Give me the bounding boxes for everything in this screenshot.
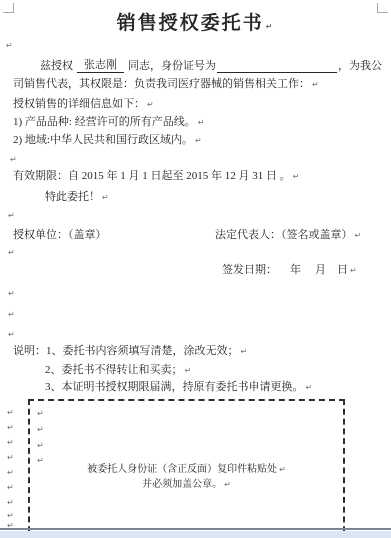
paragraph-mark-icon: ↵ <box>241 347 248 356</box>
closing-line: 特此委托！↵ <box>45 190 109 205</box>
detail-item-2: 2) 地域:中华人民共和国行政区域内。↵ <box>13 133 202 148</box>
paste-box-line-2-text: 并必须加盖公章。 <box>142 479 222 490</box>
paragraph-mark-icon: ↵ <box>306 383 313 392</box>
paragraph-mark-icon: ↵ <box>37 410 44 418</box>
document-page: 销售授权委托书↵ ↵ 兹授权 张志刚 同志，身份证号为 ，为我公 司销售代表，其… <box>0 0 391 538</box>
detail-heading: 授权销售的详细信息如下：↵ <box>13 97 154 112</box>
paragraph-mark-icon: ↵ <box>350 266 357 275</box>
paragraph-mark-icon: ↵ <box>6 42 13 50</box>
notes-heading: 说明： <box>13 345 46 357</box>
notes-line-3: 3、本证明书授权期限届满，持原有委托书申请更换。↵ <box>45 380 312 395</box>
detail-item-1-text: 1) 产品品种: 经营许可的所有产品线。 <box>13 116 196 128</box>
paragraph-mark-icon: ↵ <box>37 426 44 434</box>
paste-box-instruction-line-1: 被委托人身份证（含正反面）复印件粘贴处↵ <box>30 462 343 477</box>
issuer-label-text: 授权单位：（盖章） <box>13 229 107 241</box>
representative-label: 法定代表人：（签名或盖章）↵ <box>215 228 361 243</box>
paragraph-mark-icon: ↵ <box>37 442 44 450</box>
window-bottom-edge-band <box>0 531 391 538</box>
authorization-line-2: 司销售代表，其权限是：负责我司医疗器械的销售相关工作：↵ <box>13 77 319 92</box>
note-item-3: 3、本证明书授权期限届满，持原有委托书申请更换。 <box>45 381 304 393</box>
paste-box-line-1-text: 被委托人身份证（含正反面）复印件粘贴处 <box>87 464 277 475</box>
paragraph-mark-icon: ↵ <box>195 136 202 145</box>
id-number-blank-field[interactable] <box>217 59 337 73</box>
paste-box-instruction-line-2: 并必须加盖公章。↵ <box>30 477 343 492</box>
document-title-text: 销售授权委托书 <box>117 13 264 34</box>
paragraph-mark-icon: ↵ <box>198 118 205 127</box>
issuer-label: 授权单位：（盖章） <box>13 228 107 242</box>
authorization-suffix: ，为我公 <box>338 59 382 73</box>
note-item-2: 2、委托书不得转让和买卖； <box>45 364 183 376</box>
paragraph-mark-icon: ↵ <box>7 484 14 492</box>
paragraph-mark-icon: ↵ <box>7 469 14 477</box>
paragraph-mark-icon: ↵ <box>102 193 109 202</box>
paragraph-mark-icon: ↵ <box>355 231 362 240</box>
note-item-1: 1、委托书内容须填写清楚，涂改无效； <box>46 345 239 357</box>
paragraph-mark-icon: ↵ <box>185 366 192 375</box>
authorization-line-1: 兹授权 张志刚 同志，身份证号为 ，为我公 <box>13 58 382 73</box>
paragraph-mark-icon: ↵ <box>7 512 14 520</box>
paragraph-mark-icon: ↵ <box>312 80 319 89</box>
paragraph-mark-icon: ↵ <box>266 22 275 31</box>
paragraph-mark-icon: ↵ <box>10 156 17 164</box>
paragraph-mark-icon: ↵ <box>7 499 14 507</box>
paragraph-mark-icon: ↵ <box>147 100 154 109</box>
paragraph-mark-icon: ↵ <box>279 465 286 474</box>
id-copy-paste-box: ↵ ↵ ↵ ↵ 被委托人身份证（含正反面）复印件粘贴处↵ 并必须加盖公章。↵ <box>28 399 345 538</box>
validity-text: 有效期限：自 2015 年 1 月 1 日起至 2015 年 12 月 31 日… <box>13 170 291 182</box>
authorization-after-name: 同志，身份证号为 <box>128 59 216 73</box>
paragraph-mark-icon: ↵ <box>224 480 231 489</box>
paragraph-mark-icon: ↵ <box>293 172 300 181</box>
detail-heading-text: 授权销售的详细信息如下： <box>13 98 145 110</box>
paragraph-mark-icon: ↵ <box>8 212 15 220</box>
paragraph-mark-icon: ↵ <box>7 409 14 417</box>
paragraph-mark-icon: ↵ <box>7 454 14 462</box>
detail-item-1: 1) 产品品种: 经营许可的所有产品线。↵ <box>13 115 204 130</box>
day-label: 日 <box>337 264 348 276</box>
authorization-prefix: 兹授权 <box>40 59 73 73</box>
validity-line: 有效期限：自 2015 年 1 月 1 日起至 2015 年 12 月 31 日… <box>13 169 299 184</box>
sign-date-label: 签发日期： <box>222 264 277 276</box>
year-label: 年 <box>290 264 301 276</box>
window-bottom-edge-line <box>0 528 391 530</box>
authorization-line-2-text: 司销售代表，其权限是：负责我司医疗器械的销售相关工作： <box>13 78 310 90</box>
closing-text: 特此委托！ <box>45 191 100 203</box>
month-label: 月 <box>315 264 326 276</box>
notes-line-1: 说明：1、委托书内容须填写清楚，涂改无效；↵ <box>13 344 247 359</box>
paragraph-mark-icon: ↵ <box>8 290 15 298</box>
paragraph-mark-icon: ↵ <box>8 311 15 319</box>
paragraph-mark-icon: ↵ <box>8 249 15 257</box>
agent-name-underlined: 张志刚 <box>77 58 124 73</box>
representative-label-text: 法定代表人：（签名或盖章） <box>215 229 353 241</box>
paragraph-mark-icon: ↵ <box>7 439 14 447</box>
document-title: 销售授权委托书↵ <box>0 8 391 35</box>
detail-item-2-text: 2) 地域:中华人民共和国行政区域内。 <box>13 134 193 146</box>
paragraph-mark-icon: ↵ <box>7 424 14 432</box>
notes-line-2: 2、委托书不得转让和买卖；↵ <box>45 363 191 378</box>
paragraph-mark-icon: ↵ <box>8 331 15 339</box>
sign-date-line: 签发日期：年月日↵ <box>222 263 357 278</box>
